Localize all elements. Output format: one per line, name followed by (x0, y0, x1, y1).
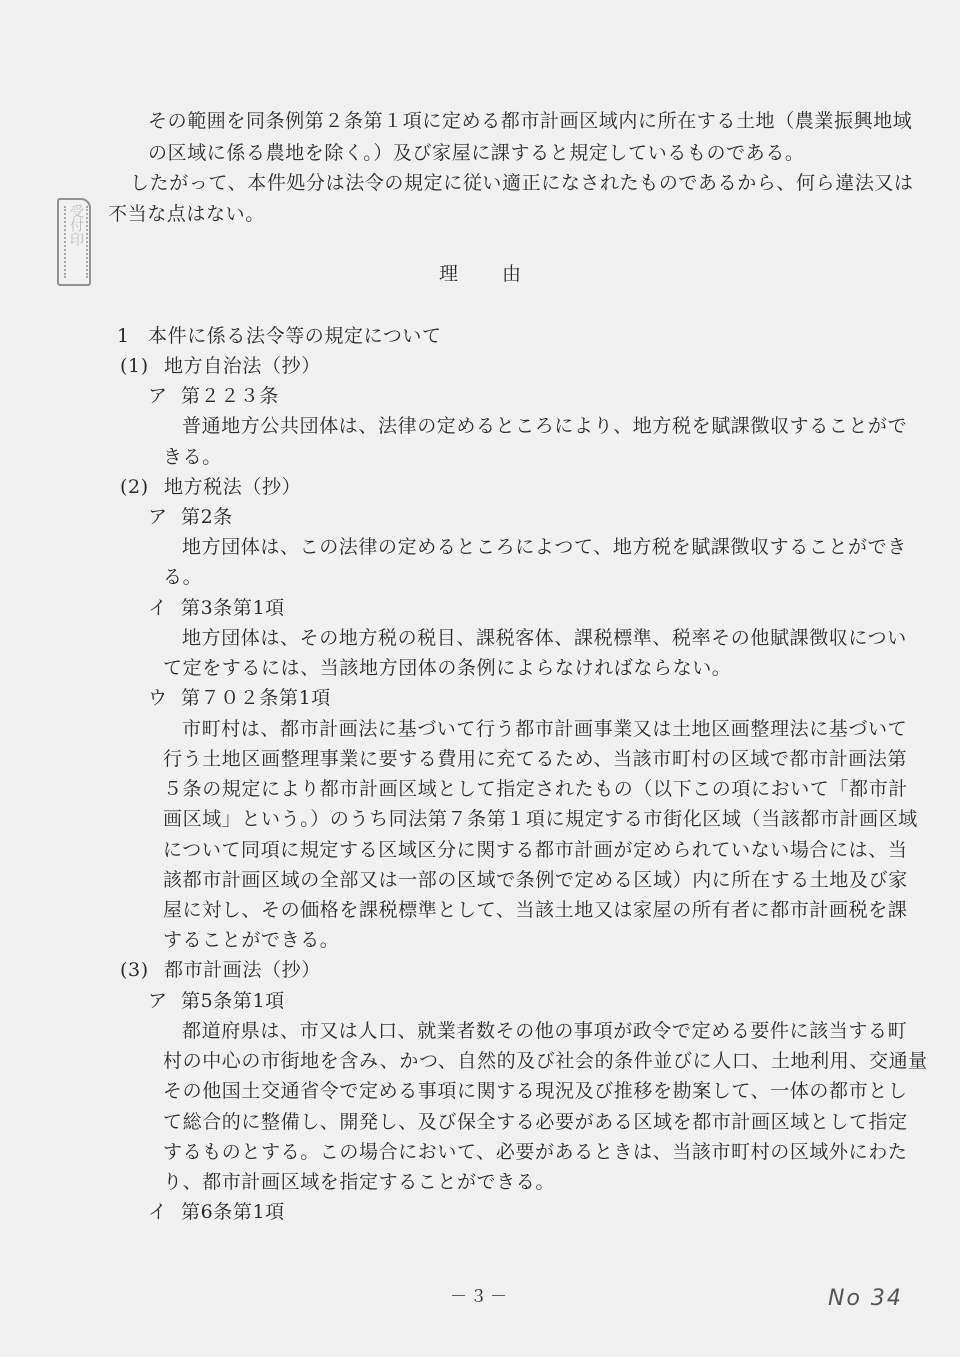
subsection-title-3: 都市計画法（抄） (164, 958, 321, 982)
item-text-line: る。 (163, 565, 202, 589)
item-text-line: て総合的に整備し、開発し、及び保全する必要がある区域を都市計画区域として指定 (163, 1110, 908, 1134)
item-kana: イ (148, 1200, 168, 1224)
item-article: 第７０２条第1項 (181, 686, 331, 710)
item-text-line: 行う土地区画整理事業に要する費用に充てるため、当該市町村の区域で都市計画法第 (163, 747, 907, 771)
item-text-line: その他国土交通省令で定める事項に関する現況及び推移を勘案して、一体の都市とし (163, 1079, 907, 1103)
item-text-line: 地方団体は、その地方税の税目、課税客体、課税標準、税率その他賦課徴収につい (182, 626, 907, 650)
subsection-label-3: (3) (120, 958, 149, 982)
item-text-line: 都道府県は、市又は人口、就業者数その他の事項が政令で定める要件に該当する町 (182, 1019, 907, 1043)
page-number: －３－ (0, 1286, 960, 1308)
item-text-line: きる。 (163, 445, 222, 469)
intro-line-3: したがって、本件処分は法令の規定に従い適正になされたものであるから、何ら違法又は (130, 171, 914, 195)
item-text-line: 画区域」という。）のうち同法第７条第１項に規定する市街化区域（当該都市計画区域 (163, 807, 918, 831)
item-text-line: り、都市計画区域を指定することができる。 (163, 1170, 555, 1194)
item-article: 第3条第1項 (181, 596, 285, 620)
item-text-line: 村の中心の市街地を含み、かつ、自然的及び社会的条件並びに人口、土地利用、交通量 (163, 1049, 928, 1073)
intro-line-2: の区域に係る農地を除く。）及び家屋に課すると規定しているものである。 (148, 141, 805, 165)
item-text-line: について同項に規定する区域区分に関する都市計画が定められていない場合には、当 (163, 838, 907, 862)
item-text-line: ５条の規定により都市計画区域として指定されたもの（以下この項において「都市計 (163, 777, 908, 801)
item-article: 第6条第1項 (181, 1200, 285, 1224)
section-number: 1 (117, 324, 130, 348)
item-text-line: 屋に対し、その価格を課税標準として、当該土地又は家屋の所有者に都市計画税を課 (163, 898, 907, 922)
item-kana: ア (148, 505, 168, 529)
subsection-title-1: 地方自治法（抄） (164, 354, 321, 378)
item-text-line: 該都市計画区域の全部又は一部の区域で条例で定める区域）内に所在する土地及び家 (163, 868, 908, 892)
handwritten-note: No 34 (828, 1286, 903, 1311)
subsection-label-2: (2) (120, 475, 149, 499)
stamp-text: 受付印 (65, 204, 85, 246)
section-title: 本件に係る法令等の規定について (148, 324, 442, 348)
intro-line-1: その範囲を同条例第２条第１項に定める都市計画区域内に所在する土地（農業振興地域 (148, 109, 912, 133)
item-article: 第2条 (181, 505, 233, 529)
subsection-title-2: 地方税法（抄） (164, 475, 301, 499)
item-text-line: 地方団体は、この法律の定めるところによつて、地方税を賦課徴収することができ (182, 535, 907, 559)
item-text-line: するものとする。この場合において、必要があるときは、当該市町村の区域外にわた (163, 1140, 907, 1164)
document-page: 受付印 その範囲を同条例第２条第１項に定める都市計画区域内に所在する土地（農業振… (0, 0, 960, 1357)
subsection-label-1: (1) (120, 354, 149, 378)
item-article: 第5条第1項 (181, 989, 285, 1013)
item-article: 第２２３条 (181, 384, 279, 408)
item-kana: ウ (148, 686, 168, 710)
section-heading-reasons: 理由 (0, 262, 960, 286)
item-text-line: 普通地方公共団体は、法律の定めるところにより、地方税を賦課徴収することがで (182, 414, 907, 438)
item-text-line: することができる。 (163, 928, 339, 952)
intro-line-4: 不当な点はない。 (108, 202, 265, 226)
item-text-line: て定をするには、当該地方団体の条例によらなければならない。 (163, 656, 731, 680)
item-kana: ア (148, 989, 168, 1013)
item-text-line: 市町村は、都市計画法に基づいて行う都市計画事業又は土地区画整理法に基づいて (182, 717, 907, 741)
item-kana: ア (148, 384, 168, 408)
item-kana: イ (148, 596, 168, 620)
